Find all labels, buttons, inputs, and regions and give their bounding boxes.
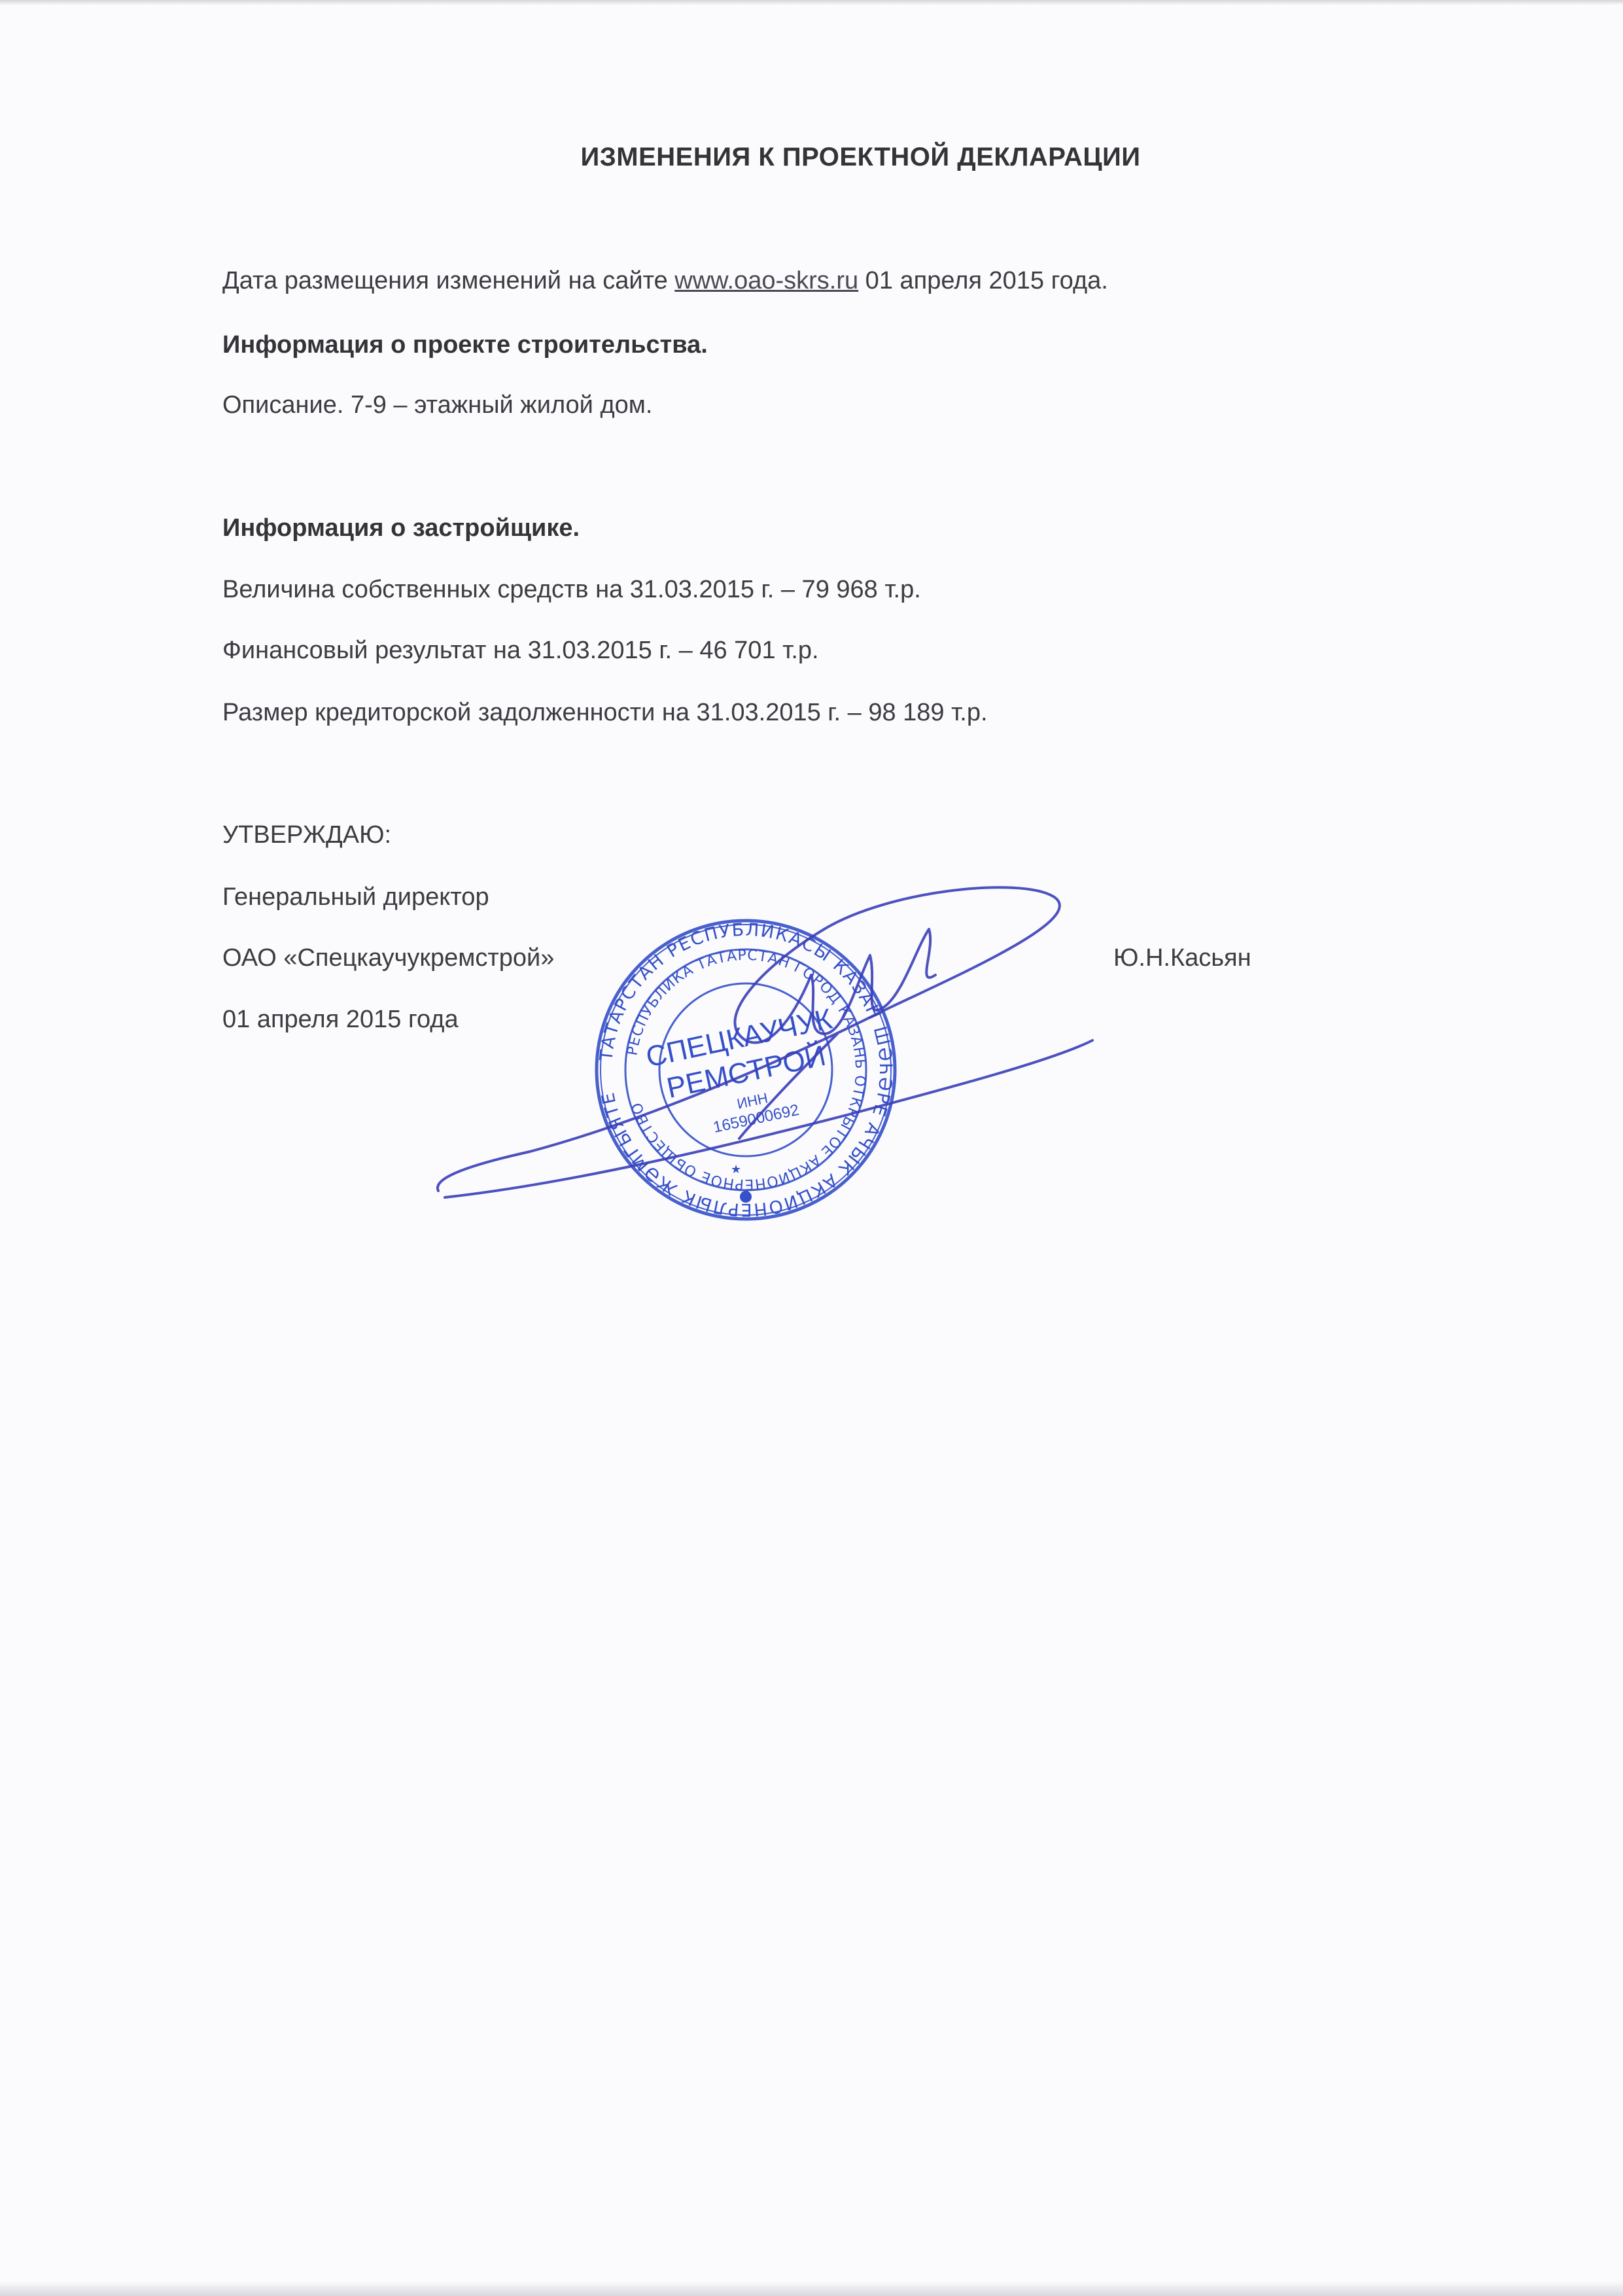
payables-line: Размер кредиторской задолженности на 31.…: [222, 699, 988, 727]
project-description: Описание. 7-9 – этажный жилой дом.: [222, 391, 652, 419]
equity-line: Величина собственных средств на 31.03.20…: [222, 576, 921, 604]
publication-suffix: 01 апреля 2015 года.: [858, 267, 1108, 294]
scan-top-edge: [0, 0, 1623, 5]
approve-label: УТВЕРЖДАЮ:: [222, 821, 391, 849]
signatory-name: Ю.Н.Касьян: [1113, 944, 1251, 972]
document-title: ИЗМЕНЕНИЯ К ПРОЕКТНОЙ ДЕКЛАРАЦИИ: [0, 143, 1623, 172]
scan-bottom-edge: [0, 2282, 1623, 2296]
project-heading: Информация о проекте строительства.: [222, 331, 708, 359]
document-page: ИЗМЕНЕНИЯ К ПРОЕКТНОЙ ДЕКЛАРАЦИИ Дата ра…: [0, 0, 1623, 2296]
publication-prefix: Дата размещения изменений на сайте: [222, 267, 674, 294]
developer-heading: Информация о застройщике.: [222, 514, 580, 542]
website-link[interactable]: www.oao-skrs.ru: [674, 267, 858, 294]
approval-date: 01 апреля 2015 года: [222, 1006, 459, 1034]
publication-line: Дата размещения изменений на сайте www.o…: [222, 267, 1108, 295]
handwritten-signature: [432, 877, 1119, 1217]
financial-result-line: Финансовый результат на 31.03.2015 г. – …: [222, 637, 819, 665]
